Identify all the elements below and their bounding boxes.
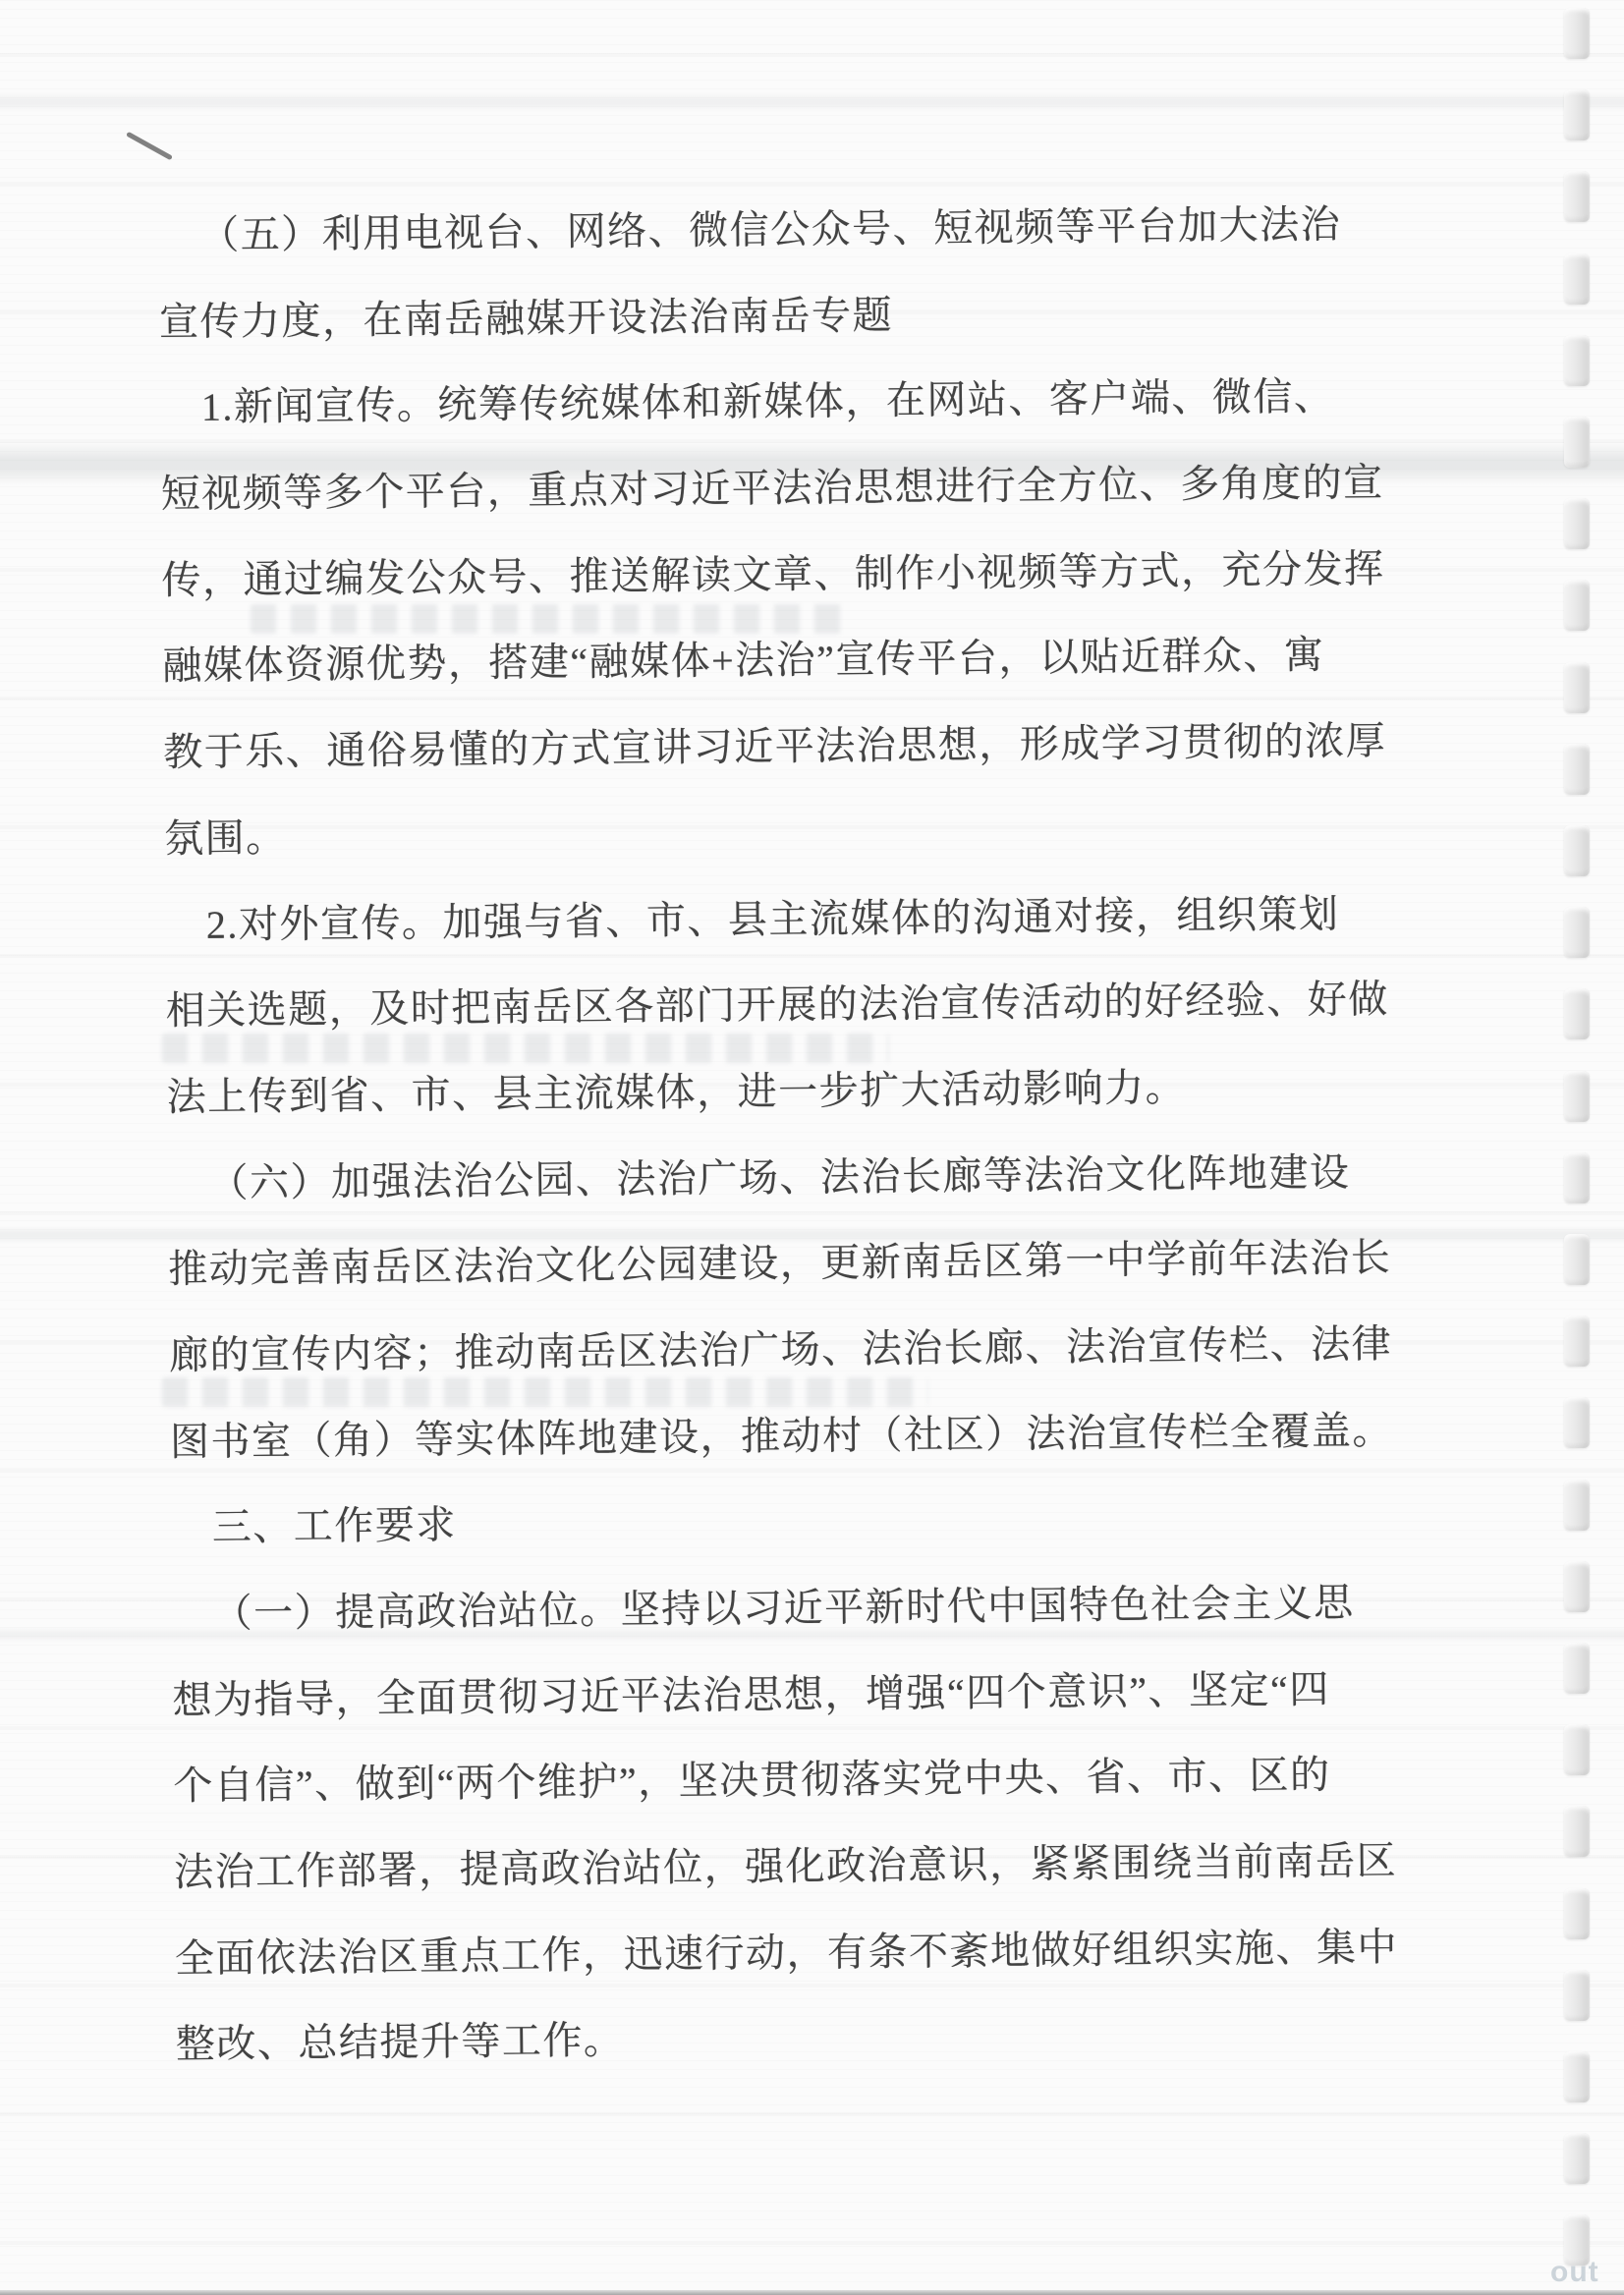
scan-band xyxy=(0,92,1624,112)
text-line: 廊的宣传内容；推动南岳区法治广场、法治长廊、法治宣传栏、法律 xyxy=(169,1301,1447,1399)
text-line: （六）加强法治公园、法治广场、法治长廊等法治文化阵地建设 xyxy=(167,1128,1445,1226)
text-line: 宣传力度，在南岳融媒开设法治南岳专题 xyxy=(159,266,1437,364)
binder-ring xyxy=(1564,2133,1590,2184)
binder-ring xyxy=(1564,1234,1590,1285)
binder-ring xyxy=(1564,2051,1590,2102)
binder-ring xyxy=(1564,1071,1590,1122)
text-line: 法治工作部署，提高政治站位，强化政治意识，紧紧围绕当前南岳区 xyxy=(174,1818,1452,1916)
binder-rings xyxy=(1564,0,1591,2295)
binder-ring xyxy=(1564,89,1590,140)
document-body: （五）利用电视台、网络、微信公众号、短视频等平台加大法治 宣传力度，在南岳融媒开… xyxy=(158,181,1453,2089)
binder-ring xyxy=(1564,335,1590,386)
text-line: 想为指导，全面贯彻习近平法治思想，增强“四个意识”、坚定“四 xyxy=(172,1645,1450,1743)
pen-mark xyxy=(126,132,173,161)
text-line: 传，通过编发公众号、推送解读文章、制作小视频等方式，充分发挥 xyxy=(161,526,1439,624)
scan-bottom-edge xyxy=(0,2290,1624,2295)
binder-ring xyxy=(1564,171,1590,222)
binder-ring xyxy=(1564,1806,1590,1857)
binder-ring xyxy=(1564,1724,1590,1775)
text-line: 全面依法治区重点工作，迅速行动，有条不紊地做好组织实施、集中 xyxy=(175,1903,1453,2001)
text-line: 2.对外宣传。加强与省、市、县主流媒体的沟通对接，组织策划 xyxy=(165,869,1443,968)
text-line: 短视频等多个平台，重点对习近平法治思想进行全方位、多角度的宣 xyxy=(160,439,1438,537)
binder-ring xyxy=(1564,1888,1590,1939)
binder-ring xyxy=(1564,1397,1590,1448)
text-line: 相关选题，及时把南岳区各部门开展的法治宣传活动的好经验、好做 xyxy=(165,956,1443,1054)
text-line: （五）利用电视台、网络、微信公众号、短视频等平台加大法治 xyxy=(158,181,1436,279)
text-line: 氛围。 xyxy=(164,784,1442,882)
binder-ring xyxy=(1564,498,1590,549)
binder-ring xyxy=(1564,988,1590,1039)
binder-ring xyxy=(1564,1315,1590,1367)
text-line: 法上传到省、市、县主流媒体，进一步扩大活动影响力。 xyxy=(166,1042,1444,1141)
text-line: 融媒体资源优势，搭建“融媒体+法治”宣传平台，以贴近群众、寓 xyxy=(162,611,1440,709)
binder-ring xyxy=(1564,1480,1590,1531)
text-line: （一）提高政治站位。坚持以习近平新时代中国特色社会主义思 xyxy=(171,1559,1449,1657)
text-line: 图书室（角）等实体阵地建设，推动村（社区）法治宣传栏全覆盖。 xyxy=(170,1386,1448,1484)
binder-ring xyxy=(1564,1152,1590,1203)
text-line: 教于乐、通俗易懂的方式宣讲习近平法治思想，形成学习贯彻的浓厚 xyxy=(163,698,1441,796)
text-line: 整改、总结提升等工作。 xyxy=(175,1989,1453,2088)
binder-ring xyxy=(1564,1561,1590,1612)
binder-ring xyxy=(1564,580,1590,631)
binder-ring xyxy=(1564,662,1590,713)
binder-ring xyxy=(1564,8,1590,59)
binder-ring xyxy=(1564,1643,1590,1694)
binder-ring xyxy=(1564,1970,1590,2021)
watermark: out xyxy=(1550,2256,1599,2289)
text-line: 三、工作要求 xyxy=(170,1473,1448,1571)
binder-ring xyxy=(1564,417,1590,468)
binder-ring xyxy=(1564,744,1590,795)
text-line: 个自信”、做到“两个维护”，坚决贯彻落实党中央、省、市、区的 xyxy=(173,1731,1451,1829)
text-line: 推动完善南岳区法治文化公园建设，更新南岳区第一中学前年法治长 xyxy=(168,1214,1446,1313)
text-line: 1.新闻宣传。统筹传统媒体和新媒体，在网站、客户端、微信、 xyxy=(159,353,1437,451)
binder-ring xyxy=(1564,825,1590,876)
document-page: （五）利用电视台、网络、微信公众号、短视频等平台加大法治 宣传力度，在南岳融媒开… xyxy=(0,0,1624,2295)
binder-ring xyxy=(1564,253,1590,305)
binder-ring xyxy=(1564,907,1590,958)
